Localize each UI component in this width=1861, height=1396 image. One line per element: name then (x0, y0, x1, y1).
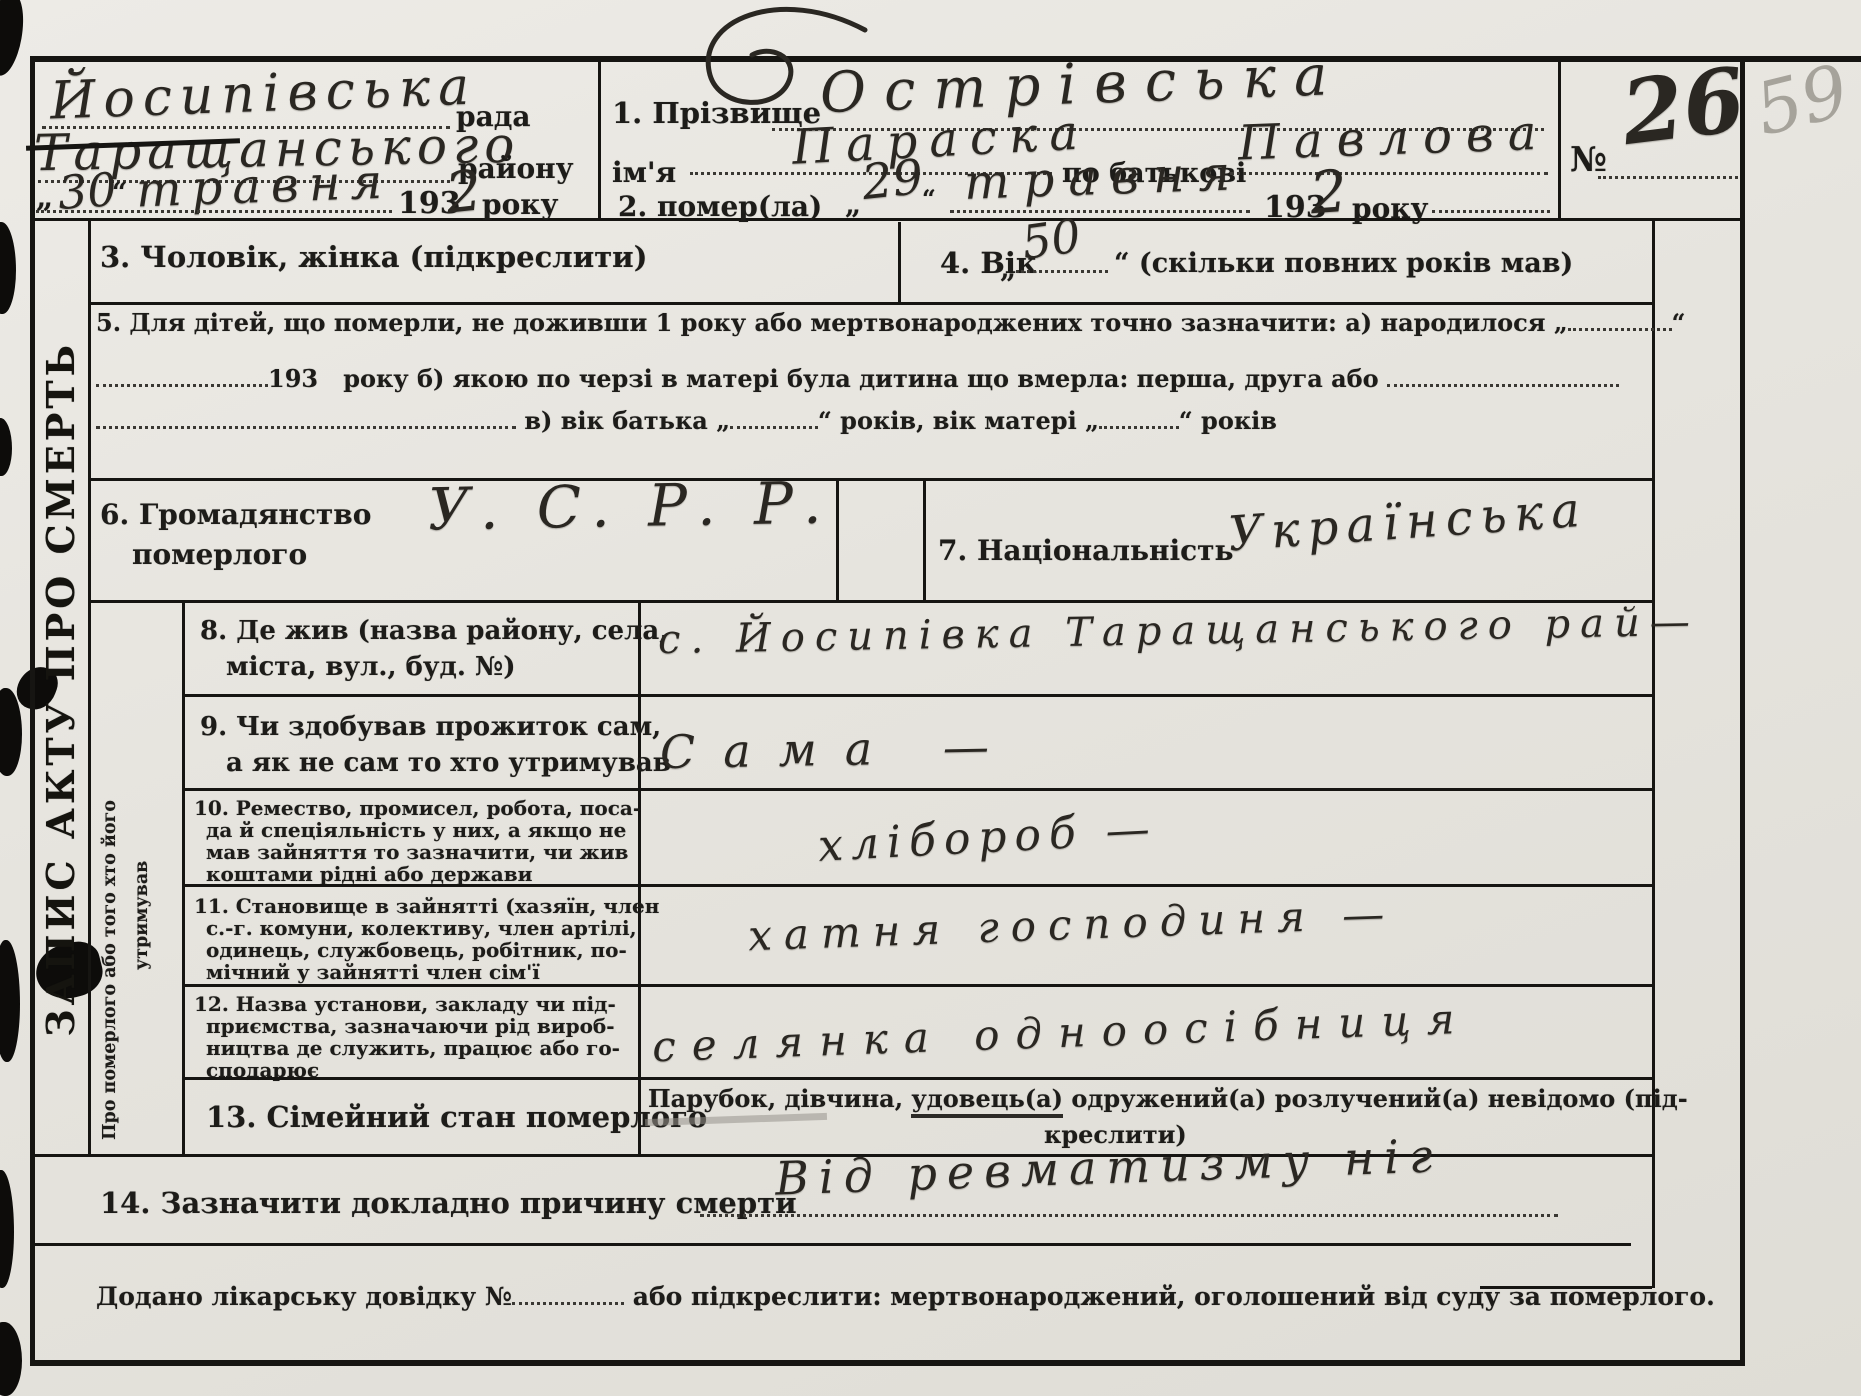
label-value-divider (638, 600, 641, 1154)
header-divider (598, 60, 601, 218)
footer-note-b: або підкреслити: мертвонароджений, оголо… (633, 1282, 1715, 1311)
field2-trailing-dotted-rule (1432, 208, 1550, 213)
field9-label-line2: а як не сам то хто утримував (226, 748, 671, 778)
scan-edge-artifact (0, 1170, 14, 1288)
field7-nationality-handwritten: Українська (1226, 482, 1589, 563)
field2-day-handwritten: 29 (859, 149, 926, 211)
field5-line3-b: “ років, вік матері (818, 406, 1077, 435)
field9-support-handwritten: Сама — (660, 719, 1018, 779)
field2-month-dotted-rule (950, 208, 1250, 213)
dotted-fill (1568, 325, 1672, 331)
row67-divider-b (923, 480, 926, 600)
dotted-fill (730, 423, 818, 429)
field5-quote: „ (716, 406, 730, 435)
scan-edge-artifact (0, 222, 16, 314)
field14-label: 14. Зазначити докладно причину смерти (100, 1186, 797, 1220)
field1-patronymic-dotted-rule (1230, 170, 1548, 175)
field5-line1-text: 5. Для дітей, що померли, не доживши 1 р… (96, 308, 1546, 337)
field5-line2: 193 року б) якою по черзі в матері була … (96, 364, 1619, 393)
row12-bottom-rule (182, 1077, 1655, 1080)
field10-label-line3: мав зайняття то зазначити, чи жив (206, 840, 628, 864)
field5-line2-text: року б) якою по черзі в матері була дити… (343, 364, 1378, 393)
field5-line3: в) вік батька „“ років, вік матері „“ ро… (96, 406, 1277, 435)
row67-bottom-rule (88, 600, 1655, 603)
frame-right-border (1740, 56, 1745, 1366)
field1-name-label: ім'я (612, 156, 676, 189)
dotted-fill (96, 423, 516, 429)
date-year-label: року (482, 188, 558, 221)
field10-occupation-handwritten: хлібороб — (817, 803, 1159, 872)
field14-cause-handwritten: Від ревматизму ніг (774, 1128, 1443, 1205)
right-inner-rule (1652, 220, 1655, 1288)
dotted-fill (1099, 423, 1179, 429)
field11-label-line1: 11. Становище в зайнятті (хазяїн, член (194, 894, 659, 918)
header-bottom-rule (30, 218, 1742, 221)
field11-label-line4: мічний у зайнятті член сім'ї (206, 960, 540, 984)
side-title: ЗАПИС АКТУ ПРО СМЕРТЬ (38, 341, 83, 1037)
field10-label-line2: да й спеціяльність у них, а якщо не (206, 818, 626, 842)
scan-edge-artifact (0, 940, 20, 1062)
row5-bottom-rule (88, 478, 1655, 481)
dotted-fill (96, 381, 268, 387)
scan-edge-artifact (0, 418, 12, 476)
field1-patronymic-handwritten: Павлова (1237, 105, 1551, 172)
row34-divider (898, 222, 901, 302)
scan-edge-artifact (0, 0, 29, 78)
field5-line2-year: 193 (268, 364, 318, 393)
field2-open-quote: „ (845, 188, 861, 221)
dotted-fill (1387, 381, 1619, 387)
field4-post-label: “ (скільки повних років мав) (1114, 248, 1573, 279)
record-no-dotted-rule (1598, 174, 1738, 179)
frame-bottom-border (30, 1360, 1745, 1366)
row34-bottom-rule (88, 302, 1655, 305)
field5-line3-c: “ років (1179, 406, 1277, 435)
field11-label-line2: с.-г. комуни, колективу, член артілі, (206, 916, 637, 940)
row14-bottom-rule (30, 1243, 1631, 1246)
field8-label-line1: 8. Де жив (назва району, села, (200, 616, 668, 646)
field2-month-handwritten: травня (963, 145, 1245, 211)
field4-open-quote: „ (1000, 252, 1016, 285)
record-no-handwritten: 26 (1616, 47, 1750, 165)
field13-label: 13. Сімейний стан померлого (206, 1100, 707, 1134)
field13-options-b: одружений(а) розлучений(а) невідомо (під… (1071, 1084, 1687, 1113)
field12-institution-handwritten: селянка одноосібниця (651, 994, 1471, 1072)
date-year-handwritten: 2 (443, 158, 485, 226)
date-dotted-rule (36, 208, 392, 213)
field13-options-line1: Парубок, дівчина, удовець(а) одружений(а… (648, 1084, 1688, 1113)
field5-quote: „ (1085, 406, 1099, 435)
field12-label-line2: приємства, зазначаючи рід вироб- (206, 1014, 615, 1038)
scanned-death-record-form: Йосипівська рада Таращанського району „ … (0, 0, 1861, 1396)
field11-label-line3: одинець, службовець, робітник, по- (206, 938, 627, 962)
field9-label-line1: 9. Чи здобував прожиток сам, (200, 712, 661, 742)
field12-label-line3: ництва де служить, працює або го- (206, 1036, 620, 1060)
field2-year-handwritten: 2 (1308, 157, 1350, 227)
field5-line1-close-quote: “ (1672, 308, 1686, 337)
field13-options-a: Парубок, дівчина, (648, 1084, 903, 1113)
field7-label: 7. Національність (938, 534, 1234, 567)
field5-line1: 5. Для дітей, що померли, не доживши 1 р… (96, 308, 1685, 337)
field12-label-line1: 12. Назва установи, закладу чи під- (194, 992, 616, 1016)
field4-label: 4. Вік (940, 246, 1037, 280)
group-column-rule (182, 600, 185, 1154)
field11-position-handwritten: хатня господиня — (747, 889, 1397, 961)
field1-label: 1. Прізвище (612, 96, 821, 130)
scan-edge-artifact (0, 1322, 22, 1396)
field5-line1-open-quote: „ (1554, 308, 1568, 337)
row9-bottom-rule (182, 788, 1655, 791)
field6-label-line2: померлого (132, 538, 307, 571)
field2-close-quote: “ (922, 184, 936, 213)
field8-label-line2: міста, вул., буд. №) (226, 652, 516, 682)
footer-note-a: Додано лікарську довідку № (96, 1282, 512, 1311)
row8-bottom-rule (182, 694, 1655, 697)
field14-dotted-rule (700, 1212, 1558, 1217)
field2-year-label: року (1352, 192, 1428, 225)
field2-label: 2. помер(ла) (618, 190, 822, 223)
field6-citizenship-handwritten: У. С. Р. Р. (427, 468, 832, 543)
group-label-line1: Про померлого або того хто його (100, 620, 120, 1140)
side-column-rule (88, 220, 91, 1154)
dotted-fill (512, 1299, 624, 1305)
field8-residence-handwritten: с. Йосипівка Таращанського рай— (658, 599, 1700, 663)
pencil-number-note: 59 (1747, 48, 1856, 152)
field6-label-line1: 6. Громадянство (100, 498, 371, 531)
date-close-quote: “ (112, 178, 127, 208)
field4-age-dotted-rule (1016, 268, 1108, 273)
field4-age-handwritten: 50 (1019, 208, 1084, 270)
field5-line3-a: в) вік батька (524, 406, 707, 435)
group-label-line2: утримував (132, 790, 152, 970)
row67-divider-a (836, 480, 839, 600)
field13-underlined-option: удовець(а) (911, 1084, 1063, 1118)
field10-label-line1: 10. Ремество, промисел, робота, поса- (194, 796, 641, 820)
record-no-box-left-rule (1558, 60, 1561, 220)
side-title-container: ЗАПИС АКТУ ПРО СМЕРТЬ (32, 225, 88, 1153)
footer-note: Додано лікарську довідку № або підкресли… (96, 1282, 1715, 1311)
field10-label-line4: коштами рідні або держави (206, 862, 532, 886)
row10-bottom-rule (182, 884, 1655, 887)
row11-bottom-rule (182, 984, 1655, 987)
field3-label: 3. Чоловік, жінка (підкреслити) (100, 240, 647, 274)
